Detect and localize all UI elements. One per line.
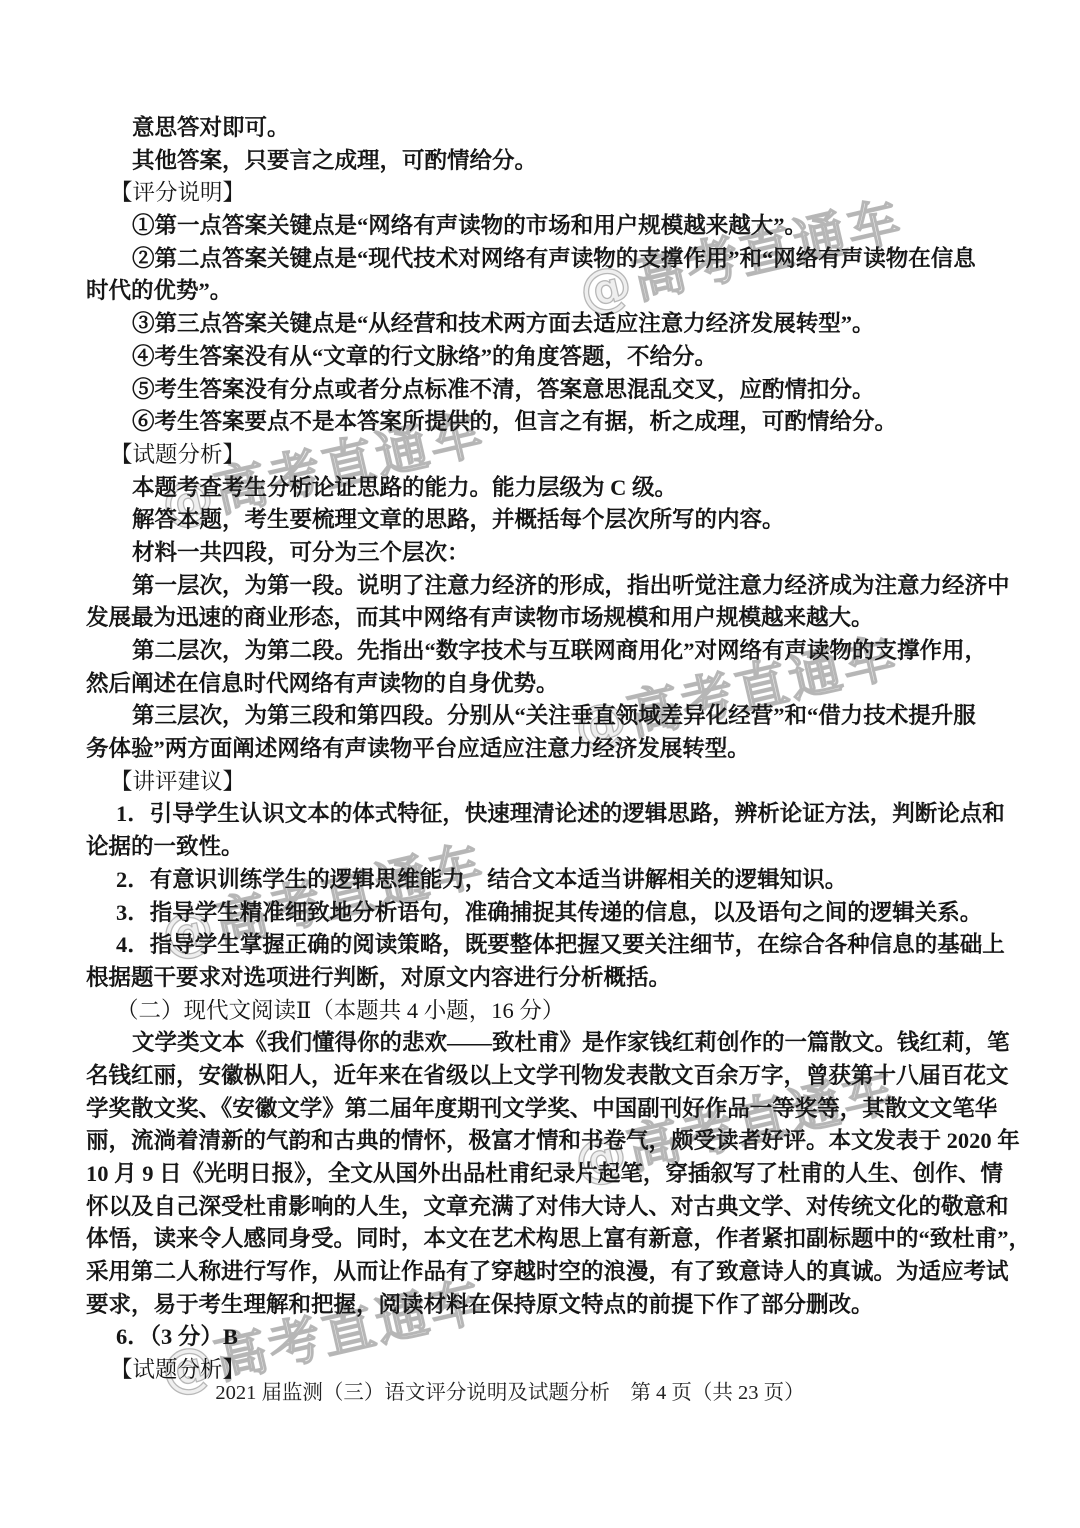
exam-analysis-document-page: @高考直通车 @高考直通车 @高考直通车 @高考直通车 @高考直通车 @高考直通… <box>0 0 1080 1528</box>
text-line: 第三层次，为第三段和第四段。分别从“关注垂直领域差异化经营”和“借力技术提升服 <box>86 700 1016 733</box>
text-line: 怀以及自己深受杜甫影响的人生，文章充满了对伟大诗人、对古典文学、对传统文化的敬意… <box>86 1191 1016 1224</box>
text-line: 然后阐述在信息时代网络有声读物的自身优势。 <box>86 668 1016 701</box>
text-line: 发展最为迅速的商业形态，而其中网络有声读物市场规模和用户规模越来越大。 <box>86 602 1016 635</box>
text-line: 10 月 9 日《光明日报》，全文从国外出品杜甫纪录片起笔，穿插叙写了杜甫的人生… <box>86 1158 1016 1191</box>
text-line: 3．指导学生精准细致地分析语句，准确捕捉其传递的信息，以及语句之间的逻辑关系。 <box>86 897 1016 930</box>
text-line: ③第三点答案关键点是“从经营和技术两方面去适应注意力经济发展转型”。 <box>86 308 1016 341</box>
section-heading-review-suggestions: 【讲评建议】 <box>86 766 1016 799</box>
text-line: ⑥考生答案要点不是本答案所提供的，但言之有据，析之成理，可酌情给分。 <box>86 406 1016 439</box>
text-line: 采用第二人称进行写作，从而让作品有了穿越时空的浪漫，有了致意诗人的真诚。为适应考… <box>86 1256 1016 1289</box>
text-line: 材料一共四段，可分为三个层次： <box>86 537 1016 570</box>
text-line: 第一层次，为第一段。说明了注意力经济的形成，指出听觉注意力经济成为注意力经济中 <box>86 570 1016 603</box>
text-line: 其他答案，只要言之成理，可酌情给分。 <box>86 145 1016 178</box>
text-line: 务体验”两方面阐述网络有声读物平台应适应注意力经济发展转型。 <box>86 733 1016 766</box>
text-line: 学奖散文奖、《安徽文学》第二届年度期刊文学奖、中国副刊好作品一等奖等，其散文文笔… <box>86 1093 1016 1126</box>
text-line: 论据的一致性。 <box>86 831 1016 864</box>
text-line: 第二层次，为第二段。先指出“数字技术与互联网商用化”对网络有声读物的支撑作用， <box>86 635 1016 668</box>
text-line: 2．有意识训练学生的逻辑思维能力，结合文本适当讲解相关的逻辑知识。 <box>86 864 1016 897</box>
text-line: 文学类文本《我们懂得你的悲欢——致杜甫》是作家钱红莉创作的一篇散文。钱红莉，笔 <box>86 1027 1016 1060</box>
page-footer: 2021 届监测（三）语文评分说明及试题分析 第 4 页（共 23 页） <box>0 1378 1020 1408</box>
text-line: ①第一点答案关键点是“网络有声读物的市场和用户规模越来越大”。 <box>86 210 1016 243</box>
text-line: 解答本题，考生要梳理文章的思路，并概括每个层次所写的内容。 <box>86 504 1016 537</box>
text-line: 时代的优势”。 <box>86 275 1016 308</box>
text-line: 体悟，读来令人感同身受。同时，本文在艺术构思上富有新意，作者紧扣副标题中的“致杜… <box>86 1223 1016 1256</box>
text-line: 根据题干要求对选项进行判断，对原文内容进行分析概括。 <box>86 962 1016 995</box>
section-heading-modern-reading-2: （二）现代文阅读Ⅱ（本题共 4 小题，16 分） <box>86 995 1016 1028</box>
section-heading-question-analysis: 【试题分析】 <box>86 439 1016 472</box>
text-line: 本题考查考生分析论证思路的能力。能力层级为 C 级。 <box>86 472 1016 505</box>
text-line: 丽，流淌着清新的气韵和古典的情怀，极富才情和书卷气，颇受读者好评。本文发表于 2… <box>86 1125 1016 1158</box>
text-line: ④考生答案没有从“文章的行文脉络”的角度答题，不给分。 <box>86 341 1016 374</box>
document-body: 意思答对即可。 其他答案，只要言之成理，可酌情给分。 【评分说明】 ①第一点答案… <box>86 112 1016 1387</box>
text-line: 要求，易于考生理解和把握，阅读材料在保持原文特点的前提下作了部分删改。 <box>86 1289 1016 1322</box>
section-heading-scoring-notes: 【评分说明】 <box>86 177 1016 210</box>
text-line: ⑤考生答案没有分点或者分点标准不清，答案意思混乱交叉，应酌情扣分。 <box>86 374 1016 407</box>
text-line: 4．指导学生掌握正确的阅读策略，既要整体把握又要关注细节，在综合各种信息的基础上 <box>86 929 1016 962</box>
text-line: 名钱红丽，安徽枞阳人，近年来在省级以上文学刊物发表散文百余万字，曾获第十八届百花… <box>86 1060 1016 1093</box>
text-line: 意思答对即可。 <box>86 112 1016 145</box>
answer-line-question-6: 6．（3 分）B <box>86 1321 1016 1354</box>
text-line: ②第二点答案关键点是“现代技术对网络有声读物的支撑作用”和“网络有声读物在信息 <box>86 243 1016 276</box>
text-line: 1．引导学生认识文本的体式特征，快速理清论述的逻辑思路，辨析论证方法，判断论点和 <box>86 798 1016 831</box>
